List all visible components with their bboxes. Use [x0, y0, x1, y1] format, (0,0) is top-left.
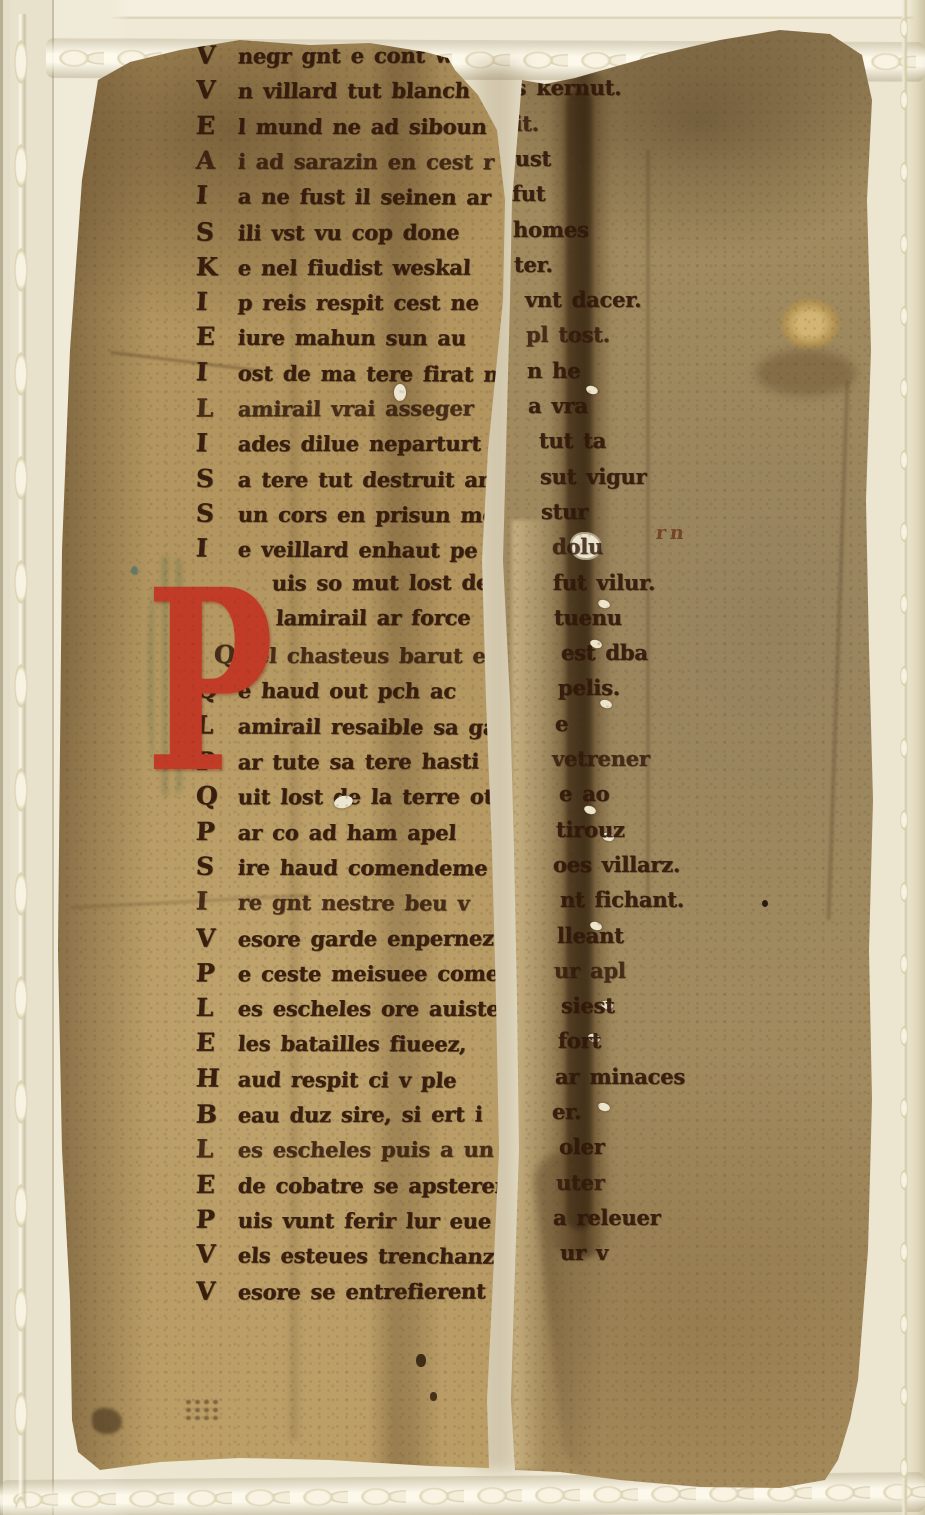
left-stitching	[7, 14, 35, 1508]
line-initial: E	[195, 322, 239, 351]
stain	[184, 1398, 218, 1420]
line-text: ili vst vu cop done	[237, 219, 460, 245]
line-continuation: a releuer	[553, 1205, 661, 1230]
line-initial: S	[195, 464, 239, 493]
line-initial: S	[195, 499, 239, 528]
line-initial: I	[195, 181, 239, 210]
marginal-note: rn	[655, 522, 689, 544]
manuscript-line: Ip reis respit cest ne	[195, 287, 479, 316]
line-continuation: e	[555, 711, 568, 736]
crease	[70, 894, 310, 910]
hole	[430, 1392, 437, 1401]
hole	[394, 384, 406, 401]
line-continuation: homes	[513, 217, 589, 242]
manuscript-line: Eiure mahun sun au	[195, 322, 467, 352]
line-text: re gnt nestre beu v	[237, 890, 470, 916]
hole	[333, 794, 354, 810]
manuscript-line: Puis vunt ferir lur eue	[195, 1205, 492, 1235]
stain-band	[566, 90, 592, 1230]
manuscript-line: Beau duz sire, si ert i	[195, 1098, 483, 1128]
manuscript-line: Vels esteues trenchanz	[195, 1240, 495, 1270]
repair-stitch	[600, 999, 614, 1010]
line-text: uis so mut lost de	[271, 569, 490, 595]
line-continuation: sut vigur	[540, 464, 647, 489]
repair-stitch	[597, 598, 611, 609]
line-text: ades dilue neparturt	[237, 431, 481, 457]
line-initial: S	[195, 852, 239, 881]
line-initial: I	[195, 287, 239, 316]
hole	[762, 900, 768, 907]
line-text: el chasteus barut e	[255, 643, 486, 668]
manuscript-line: Haud respit ci v ple	[195, 1063, 457, 1093]
line-continuation: ar minaces	[555, 1064, 685, 1089]
line-text: es escheles puis a un	[237, 1137, 494, 1163]
yellow-stain	[780, 298, 840, 350]
manuscript-line: Vesore garde enpernez	[195, 922, 494, 952]
line-continuation: er.	[552, 1099, 581, 1124]
large-initial-p: P	[146, 534, 274, 828]
line-text: e ceste meisuee comet	[237, 960, 509, 986]
crease	[827, 380, 850, 920]
manuscript-line: lamirail ar force	[275, 605, 471, 630]
line-continuation: e ao	[559, 781, 610, 806]
line-text: ire haud comendeme	[237, 855, 488, 881]
manuscript-line: Iades dilue neparturt	[195, 428, 482, 458]
line-text: amirail resaible sa gad	[237, 713, 511, 739]
manuscript-line: Sa tere tut destruit an	[195, 464, 494, 493]
manuscript-photo: Vnegr gnt e cont wraVn villard tut blanc…	[0, 0, 925, 1515]
line-initial: L	[195, 993, 239, 1022]
line-initial: I	[195, 887, 239, 916]
line-continuation: ur v	[560, 1240, 608, 1265]
repair-stitch	[587, 1032, 601, 1043]
line-text: esore garde enpernez	[237, 925, 494, 951]
manuscript-line: Ia ne fust il seinen ar	[195, 181, 491, 211]
line-continuation: oler	[559, 1134, 605, 1159]
line-initial: K	[195, 252, 238, 281]
manuscript-line: Ede cobatre se apsterer	[195, 1170, 506, 1199]
stain	[92, 1408, 122, 1434]
line-text: els esteues trenchanz	[237, 1243, 495, 1269]
manuscript-line: Eles batailles fiueez,	[195, 1028, 467, 1058]
edge-light	[512, 520, 548, 1470]
repair-stitch	[601, 831, 615, 842]
green-smudge	[131, 566, 138, 575]
line-continuation: stur	[541, 499, 588, 524]
repair-stitch	[583, 804, 597, 815]
right-stitching	[896, 0, 912, 1515]
line-initial: A	[195, 146, 239, 175]
manuscript-line: uis so mut lost de	[271, 569, 490, 595]
manuscript-line: Les escheles ore auiste	[195, 993, 500, 1022]
line-initial: B	[195, 1099, 238, 1128]
crease	[110, 351, 259, 372]
line-text: n villard tut blanch	[237, 78, 470, 103]
line-text: a tere tut destruit an	[237, 467, 493, 492]
line-continuation: vetrener	[552, 746, 650, 771]
line-continuation: nt fichant.	[560, 887, 684, 912]
line-text: de cobatre se apsterer	[237, 1173, 506, 1198]
line-continuation: tut ta	[539, 428, 606, 453]
repair-stitch	[585, 384, 599, 395]
manuscript-line: Sun cors en prisun mette	[195, 499, 528, 529]
line-continuation: est dba	[561, 640, 648, 665]
line-text: amirail vrai asseger	[237, 395, 474, 421]
line-continuation: pl tost.	[526, 322, 610, 347]
line-text: uis vunt ferir lur eue	[237, 1208, 491, 1234]
repair-stitch	[589, 920, 603, 931]
line-text: aud respit ci v ple	[237, 1066, 457, 1092]
line-initial: I	[195, 357, 239, 386]
line-continuation: tirouz	[556, 817, 625, 842]
repair-stitch	[597, 1101, 611, 1112]
hole	[570, 532, 602, 560]
line-initial: V	[195, 75, 238, 104]
crease	[286, 60, 302, 1440]
line-text: iure mahun sun au	[237, 325, 466, 350]
line-continuation: tuenu	[554, 605, 622, 630]
line-continuation: pelis.	[558, 675, 620, 700]
line-text: p reis respit cest ne	[237, 290, 479, 315]
line-initial: V	[195, 1276, 238, 1305]
stain	[531, 1147, 644, 1474]
line-continuation: uter	[556, 1170, 605, 1195]
line-text: i ad sarazin en cest r	[237, 149, 494, 175]
line-continuation: dolu	[552, 534, 603, 559]
stain	[756, 350, 856, 396]
line-continuation: vnt dacer.	[525, 287, 641, 312]
line-text: les batailles fiueez,	[237, 1031, 467, 1056]
line-continuation: ter.	[514, 252, 553, 277]
manuscript-line: Vn villard tut blanch	[195, 75, 470, 105]
line-initial: S	[195, 217, 238, 246]
line-initial: E	[195, 1170, 239, 1199]
line-continuation: oes villarz.	[553, 852, 680, 877]
stain-band	[548, 68, 612, 1258]
line-initial: V	[195, 923, 238, 952]
line-initial: E	[195, 1028, 239, 1057]
manuscript-line: Ai ad sarazin en cest r	[195, 146, 495, 176]
line-initial: E	[195, 111, 239, 140]
line-continuation: ur apl	[554, 958, 626, 983]
repair-stitch	[599, 698, 613, 709]
manuscript-line: Vesore se entrefierent	[195, 1275, 486, 1305]
manuscript-line: Les escheles puis a un	[195, 1134, 494, 1164]
manuscript-line: Sili vst vu cop done	[195, 216, 460, 246]
line-continuation: n he	[527, 358, 580, 383]
line-initial: P	[195, 1205, 239, 1234]
line-continuation: fut vilur.	[553, 570, 655, 595]
repair-stitch	[589, 638, 603, 649]
hole	[416, 1354, 426, 1367]
line-text: lamirail ar force	[275, 605, 471, 630]
manuscript-line: Ke nel fiudist weskal	[195, 252, 471, 282]
manuscript-line: Sire haud comendeme	[195, 852, 488, 882]
manuscript-line: Lamirail vrai asseger	[195, 392, 474, 422]
line-continuation: a vra	[528, 393, 588, 418]
line-text: eau duz sire, si ert i	[237, 1101, 483, 1127]
line-initial: L	[195, 1135, 238, 1164]
line-text: l mund ne ad siboun	[237, 114, 487, 139]
manuscript-line: Pe ceste meisuee comet	[195, 957, 509, 987]
line-continuation: fut	[512, 181, 545, 206]
line-text: uit lost de la terre ot	[237, 784, 494, 810]
line-text: e nel fiudist weskal	[237, 255, 471, 280]
line-initial: V	[195, 1240, 239, 1269]
line-text: esore se entrefierent	[237, 1278, 486, 1304]
line-initial: P	[195, 958, 238, 987]
line-initial: I	[195, 429, 238, 458]
line-text: ost de ma tere firat ma	[237, 360, 519, 386]
line-text: es escheles ore auiste	[237, 996, 500, 1021]
manuscript-line: Iost de ma tere firat ma	[195, 357, 520, 387]
manuscript-line: El mund ne ad siboun	[195, 111, 487, 140]
line-text: a ne fust il seinen ar	[237, 184, 491, 210]
line-initial: L	[195, 393, 238, 422]
manuscript-line: Ire gnt nestre beu v	[195, 887, 470, 917]
crease	[646, 150, 650, 910]
line-initial: H	[195, 1063, 239, 1092]
